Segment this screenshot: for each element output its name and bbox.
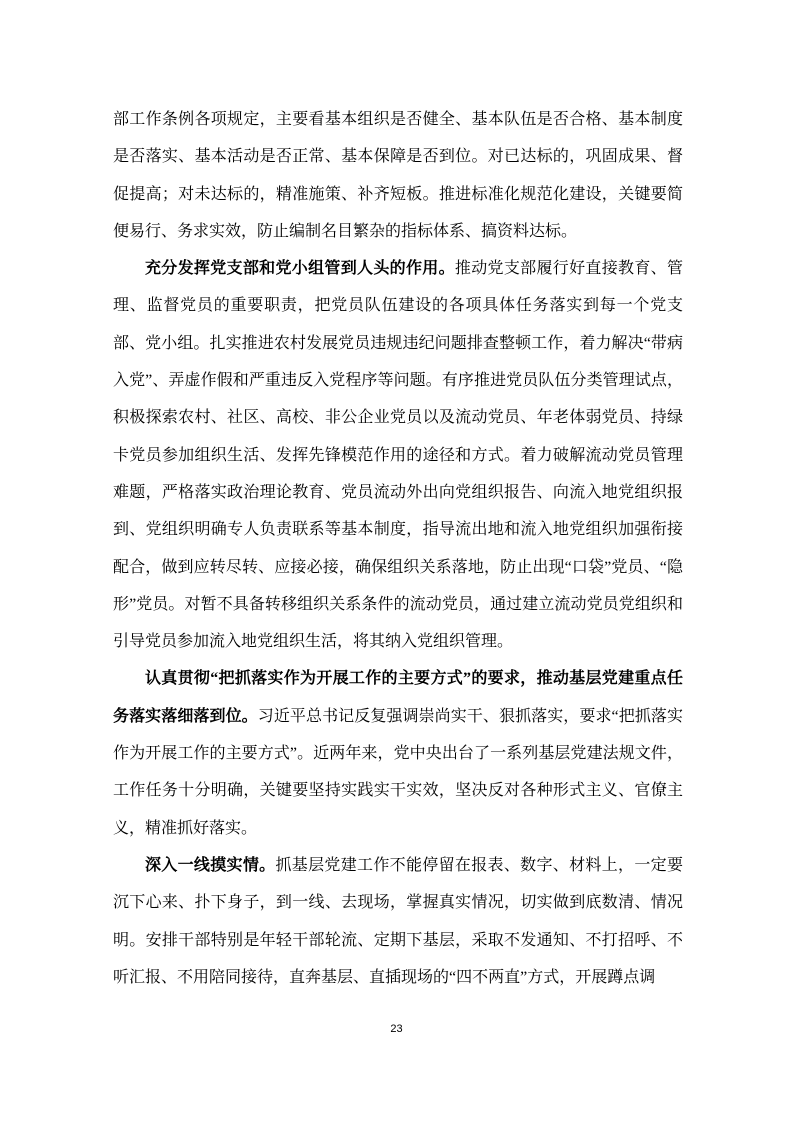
text-run: 抓基层党建工作不能停留在报表、数字、材料上，一定要沉下心来、扑下身子，到一线、去…	[113, 857, 683, 986]
paragraph: 认真贯彻“把抓落实作为开展工作的主要方式”的要求，推动基层党建重点任务落实落细落…	[113, 660, 683, 846]
document-body: 部工作条例各项规定，主要看基本组织是否健全、基本队伍是否合格、基本制度是否落实、…	[113, 101, 683, 996]
text-run: 推动党支部履行好直接教育、管理、监督党员的重要职责，把党员队伍建设的各项具体任务…	[113, 260, 683, 650]
bold-run: 充分发挥党支部和党小组管到人头的作用。	[145, 260, 455, 277]
text-run: 习近平总书记反复强调崇尚实干、狠抓落实，要求“把抓落实作为开展工作的主要方式”。…	[113, 708, 683, 837]
page-number: 23	[0, 1023, 793, 1035]
paragraph: 部工作条例各项规定，主要看基本组织是否健全、基本队伍是否合格、基本制度是否落实、…	[113, 101, 683, 250]
paragraph: 深入一线摸实情。抓基层党建工作不能停留在报表、数字、材料上，一定要沉下心来、扑下…	[113, 847, 683, 996]
text-run: 部工作条例各项规定，主要看基本组织是否健全、基本队伍是否合格、基本制度是否落实、…	[113, 111, 683, 240]
bold-run: 深入一线摸实情。	[145, 857, 276, 874]
paragraph: 充分发挥党支部和党小组管到人头的作用。推动党支部履行好直接教育、管理、监督党员的…	[113, 250, 683, 660]
document-page: 部工作条例各项规定，主要看基本组织是否健全、基本队伍是否合格、基本制度是否落实、…	[0, 0, 793, 1122]
